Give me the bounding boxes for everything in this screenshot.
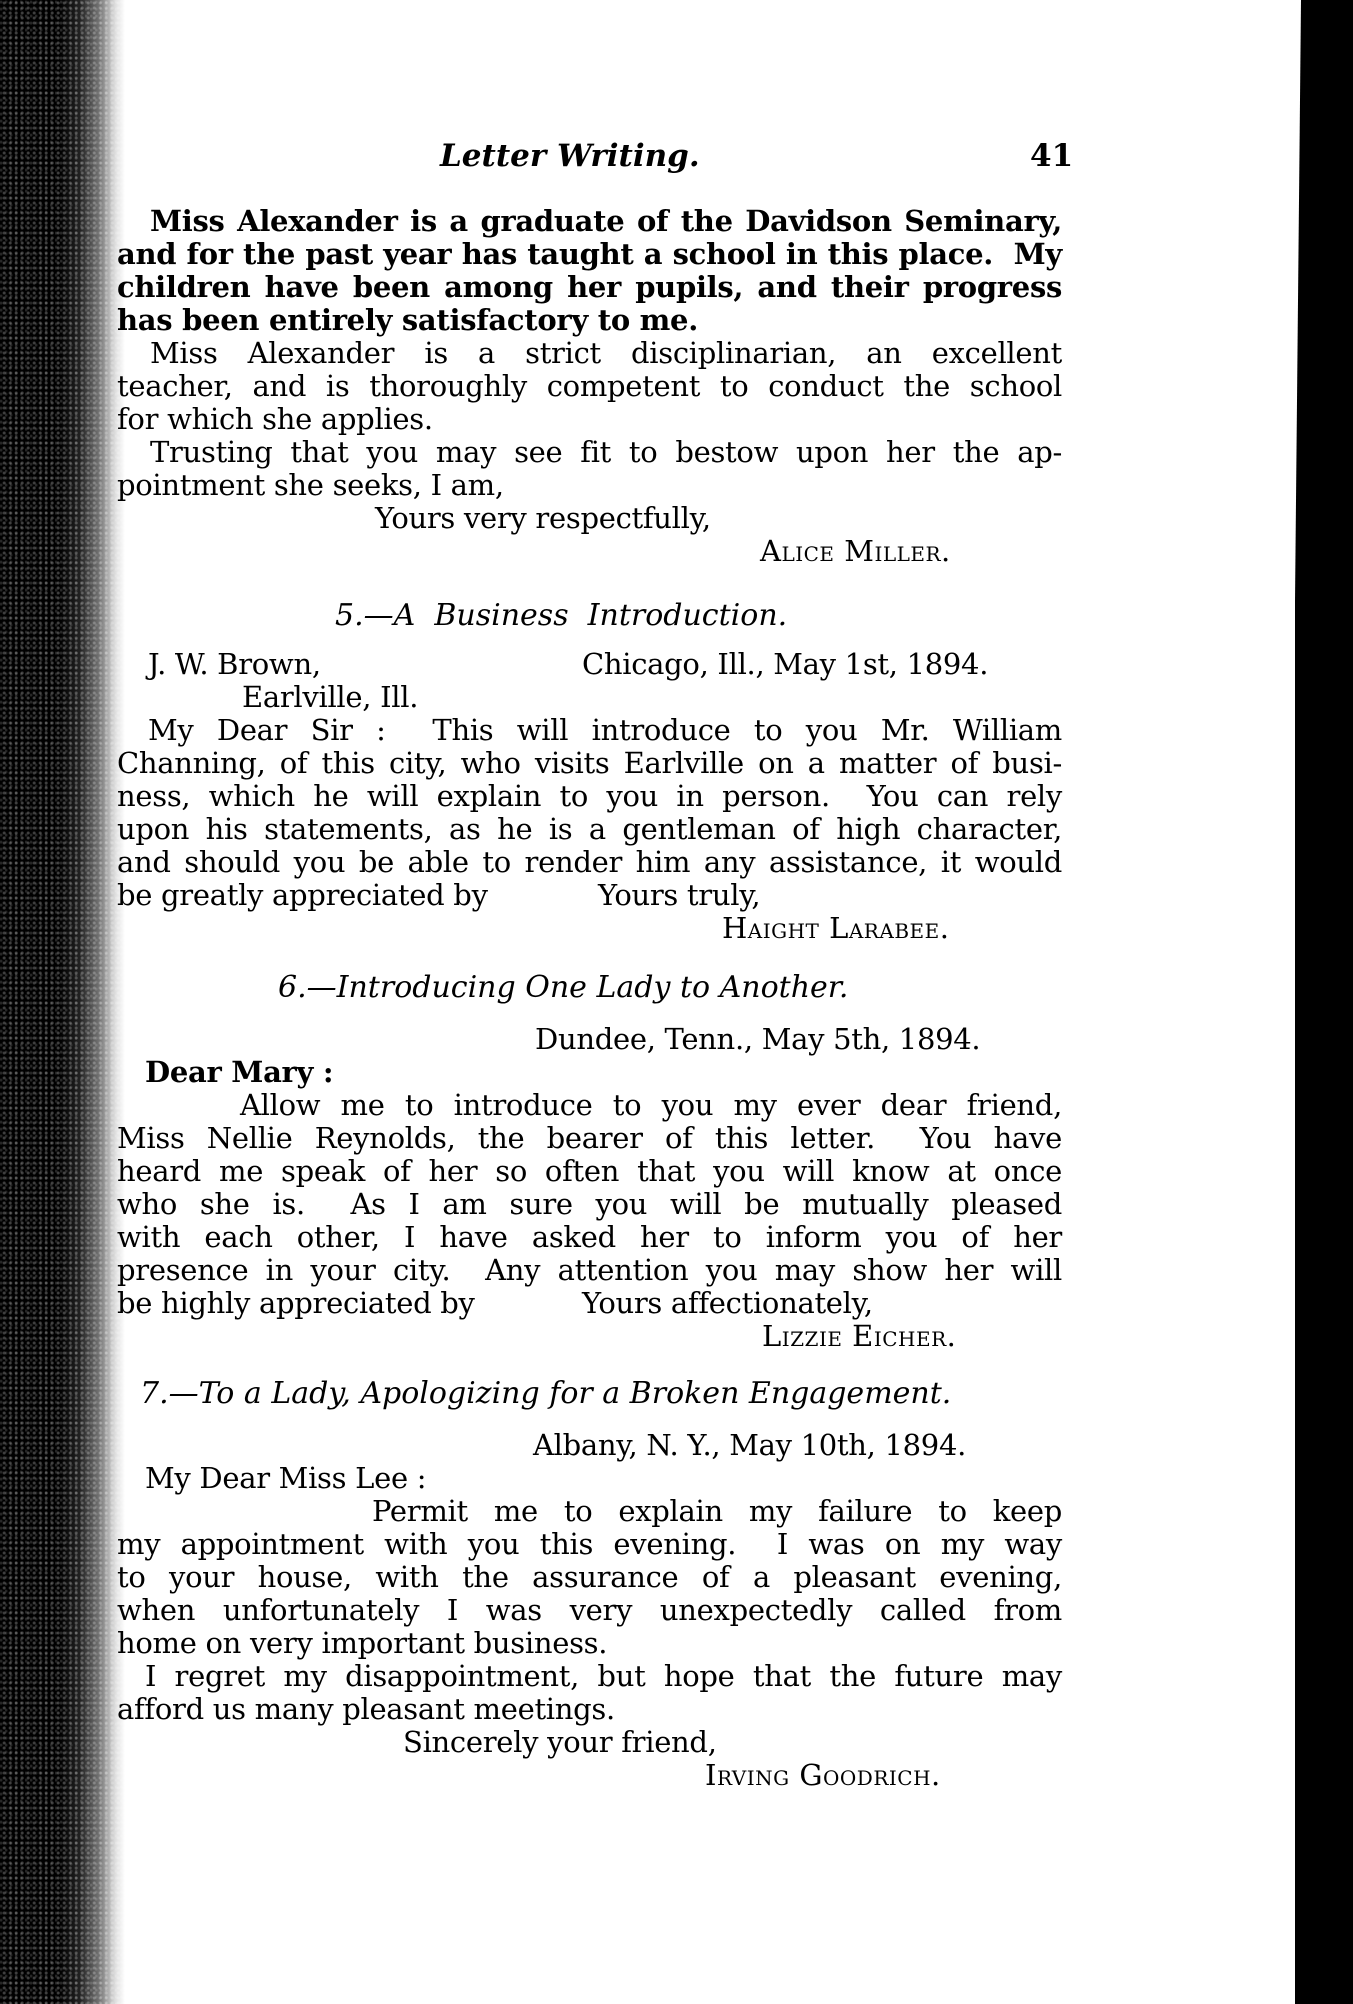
section-heading: 7.—To a Lady, Apologizing for a Broken E… — [140, 1376, 951, 1411]
body-line: I regret my disappointment, but hope tha… — [145, 1660, 1062, 1693]
body-line: Miss Alexander is a graduate of the Davi… — [150, 205, 1062, 238]
section-heading: 6.—Introducing One Lady to Another. — [278, 970, 848, 1005]
body-line: has been entirely satisfactory to me. — [117, 304, 698, 337]
body-line: and should you be able to render him any… — [117, 846, 1062, 879]
signature: Alice Miller. — [760, 535, 951, 568]
body-line: be highly appreciated by — [117, 1287, 475, 1320]
body-line: ness, which he will explain to you in pe… — [117, 780, 1062, 813]
body-line: to your house, with the assurance of a p… — [117, 1561, 1062, 1594]
body-line: Allow me to introduce to you my ever dea… — [240, 1089, 1062, 1122]
body-line: who she is. As I am sure you will be mut… — [117, 1188, 1062, 1221]
dateline: Dundee, Tenn., May 5th, 1894. — [535, 1023, 980, 1056]
body-line: my appointment with you this evening. I … — [117, 1528, 1062, 1561]
body-line: teacher, and is thoroughly competent to … — [117, 370, 1062, 403]
section-heading: 5.—A Business Introduction. — [335, 598, 787, 633]
closing: Sincerely your friend, — [403, 1726, 717, 1759]
body-line: My Dear Sir : This will introduce to you… — [148, 714, 1062, 747]
body-line: Miss Alexander is a strict disciplinaria… — [150, 337, 1062, 370]
body-line: be greatly appreciated by — [117, 879, 488, 912]
closing: Yours very respectfully, — [375, 502, 711, 535]
signature: Lizzie Eicher. — [762, 1320, 956, 1353]
body-line: for which she applies. — [117, 403, 433, 436]
scan-gutter-left — [0, 0, 125, 2004]
closing: Yours affectionately, — [582, 1287, 873, 1320]
body-line: and for the past year has taught a schoo… — [117, 238, 1062, 271]
body-line: with each other, I have asked her to inf… — [117, 1221, 1062, 1254]
body-line: afford us many pleasant meetings. — [117, 1693, 615, 1726]
addressee-place: Earlville, Ill. — [242, 681, 418, 714]
body-line: Trusting that you may see fit to bestow … — [150, 436, 1062, 469]
dateline: Chicago, Ill., May 1st, 1894. — [582, 648, 988, 681]
body-line: Channing, of this city, who visits Earlv… — [117, 747, 1062, 780]
body-line: heard me speak of her so often that you … — [117, 1155, 1062, 1188]
salutation: Dear Mary : — [145, 1056, 333, 1089]
signature: Haight Larabee. — [722, 912, 949, 945]
addressee-name: J. W. Brown, — [148, 648, 321, 681]
body-line: when unfortunately I was very unexpected… — [117, 1594, 1062, 1627]
dateline: Albany, N. Y., May 10th, 1894. — [533, 1429, 966, 1462]
body-line: pointment she seeks, I am, — [117, 469, 504, 502]
salutation: My Dear Miss Lee : — [145, 1462, 426, 1495]
closing: Yours truly, — [598, 879, 760, 912]
scan-gutter-right — [1295, 0, 1353, 2004]
body-line: home on very important business. — [117, 1627, 607, 1660]
running-head: Letter Writing. — [440, 138, 700, 174]
signature: Irving Goodrich. — [705, 1759, 941, 1792]
body-line: Permit me to explain my failure to keep — [372, 1495, 1062, 1528]
body-line: children have been among her pupils, and… — [117, 271, 1062, 304]
page-number: 41 — [1030, 138, 1073, 174]
body-line: presence in your city. Any attention you… — [117, 1254, 1062, 1287]
body-line: upon his statements, as he is a gentlema… — [117, 813, 1062, 846]
body-line: Miss Nellie Reynolds, the bearer of this… — [117, 1122, 1062, 1155]
